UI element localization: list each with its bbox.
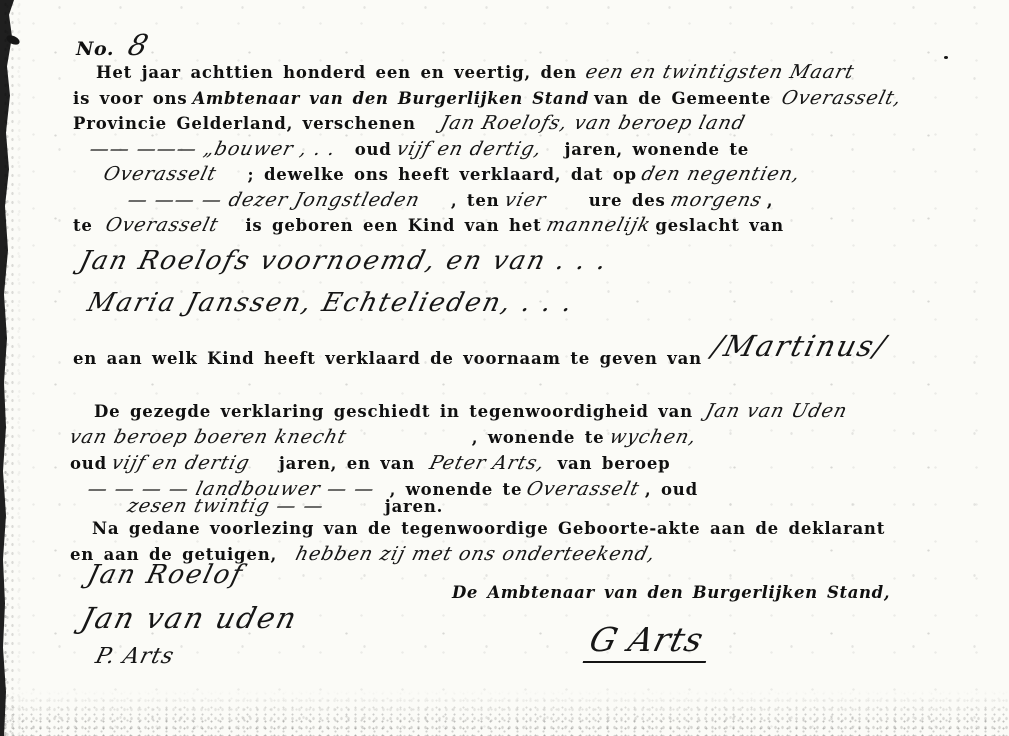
- signature-text: Jan van uden: [78, 601, 302, 635]
- printed-text-italic: Ambtenaar van den Burgerlijken Stand: [193, 89, 589, 108]
- signature-registrar: G Arts: [588, 620, 711, 663]
- body-line-3: Provincie Gelderland, verschenen Jan Roe…: [73, 112, 745, 134]
- handwritten-time-of-day: morgens: [668, 189, 764, 211]
- printed-text: Na gedane voorlezing van de tegenwoordig…: [92, 519, 885, 538]
- body-line-10: en aan welk Kind heeft verklaard de voor…: [73, 337, 887, 371]
- handwritten-month-ref: — —— — dezer Jongstleden: [125, 189, 422, 211]
- signature-text: P. Arts: [93, 644, 177, 669]
- handwritten-witness1-occupation: van beroep boeren knecht: [67, 426, 349, 448]
- body-line-16: Na gedane voorlezing van de tegenwoordig…: [92, 519, 885, 538]
- printed-text: jaren, wonende te: [565, 140, 750, 159]
- handwritten-municipality: Overasselt,: [779, 87, 904, 109]
- handwritten-witness1-age: vijf en dertig: [109, 452, 252, 474]
- handwritten-witness2-name: Peter Arts,: [427, 452, 547, 474]
- signature-witness1: Jan van uden: [82, 601, 297, 635]
- handwritten-residence: Overasselt: [101, 163, 219, 185]
- handwritten-child-name: /Martinus/: [709, 329, 891, 363]
- printed-text: van beroep: [558, 454, 671, 473]
- body-line-1: Het jaar achttien honderd een en veertig…: [96, 61, 854, 83]
- handwritten-age: vijf en dertig,: [394, 138, 544, 160]
- printed-text: van de Gemeente: [594, 89, 771, 108]
- printed-text: geslacht van: [655, 216, 784, 235]
- act-number-value: 8: [125, 28, 153, 62]
- handwritten-date: een en twintigsten Maart: [583, 61, 857, 83]
- handwritten-father-name: Jan Roelofs voornoemd, en van . . .: [76, 246, 611, 276]
- printed-text: ,: [767, 191, 774, 210]
- printed-text: ure des: [589, 191, 666, 210]
- act-number-label: No.: [76, 38, 114, 60]
- printed-text: jaren.: [385, 497, 443, 516]
- signature-text: G Arts: [583, 620, 716, 663]
- scan-grain-bottom: [0, 690, 1009, 736]
- handwritten-sex: mannelijk: [544, 214, 653, 236]
- handwritten-day: den negentien,: [639, 163, 803, 185]
- printed-text: jaren, en van: [279, 454, 415, 473]
- signature-text: Jan Roelof: [84, 560, 247, 590]
- scanned-birth-record-page: No. 8 Het jaar achttien honderd een en v…: [0, 0, 1009, 736]
- scan-edge-left-fuzz: [2, 0, 28, 736]
- printed-text: is geboren een Kind van het: [245, 216, 541, 235]
- signature-witness2: P. Arts: [96, 644, 174, 669]
- handwritten-witness1-name: Jan van Uden: [703, 400, 850, 422]
- body-line-8: Jan Roelofs voornoemd, en van . . .: [80, 246, 608, 276]
- act-number: No. 8: [76, 28, 149, 62]
- handwritten-witness2-residence: Overasselt: [525, 478, 643, 500]
- body-line-15: zesen twintig — — jaren.: [128, 495, 443, 517]
- body-line-6: — —— — dezer Jongstleden , ten vier ure …: [128, 189, 773, 211]
- printed-text: is voor ons: [73, 89, 187, 108]
- body-line-13: oud vijf en dertig jaren, en van Peter A…: [70, 452, 670, 474]
- printed-text: Het jaar achttien honderd een en veertig…: [96, 63, 577, 82]
- body-line-12: van beroep boeren knecht , wonende te wy…: [70, 426, 696, 448]
- printed-text: oud: [70, 454, 107, 473]
- scan-edge-left: [0, 0, 18, 736]
- printed-official-title: De Ambtenaar van den Burgerlijken Stand,: [452, 583, 890, 602]
- printed-text: Provincie Gelderland, verschenen: [73, 114, 416, 133]
- printed-text: en aan welk Kind heeft verklaard de voor…: [73, 349, 702, 368]
- ink-blot: [5, 33, 21, 46]
- body-line-4: —— ——— „bouwer , . . oud vijf en dertig,…: [90, 138, 749, 160]
- body-line-2: is voor ons Ambtenaar van den Burgerlijk…: [73, 87, 902, 109]
- handwritten-hour: vier: [502, 189, 549, 211]
- printed-text: , oud: [645, 480, 698, 499]
- handwritten-occupation: —— ——— „bouwer , . .: [87, 138, 338, 160]
- handwritten-mother-name: Maria Janssen, Echtelieden, . . .: [84, 288, 577, 318]
- official-title-line: De Ambtenaar van den Burgerlijken Stand,: [452, 583, 890, 602]
- signature-declarant: Jan Roelof: [88, 560, 243, 590]
- printed-text: ; dewelke ons heeft verklaard, dat op: [248, 165, 637, 184]
- body-line-11: De gezegde verklaring geschiedt in tegen…: [94, 400, 847, 422]
- printed-text: oud: [355, 140, 392, 159]
- handwritten-witness2-age: zesen twintig — —: [125, 495, 326, 517]
- printed-text: , ten: [451, 191, 500, 210]
- handwritten-declarant-name: Jan Roelofs, van beroep land: [438, 112, 748, 134]
- printed-text: , wonende te: [472, 428, 605, 447]
- handwritten-closing-clause: hebben zij met ons onderteekend,: [293, 543, 658, 565]
- body-line-7: te Overasselt is geboren een Kind van he…: [73, 214, 784, 236]
- printed-text: te: [73, 216, 93, 235]
- body-line-5: Overasselt ; dewelke ons heeft verklaard…: [104, 163, 800, 185]
- printed-text: De gezegde verklaring geschiedt in tegen…: [94, 402, 693, 421]
- ink-blot: [944, 56, 948, 59]
- handwritten-witness1-residence: wychen,: [607, 426, 699, 448]
- body-line-9: Maria Janssen, Echtelieden, . . .: [88, 288, 573, 318]
- handwritten-birthplace: Overasselt: [103, 214, 221, 236]
